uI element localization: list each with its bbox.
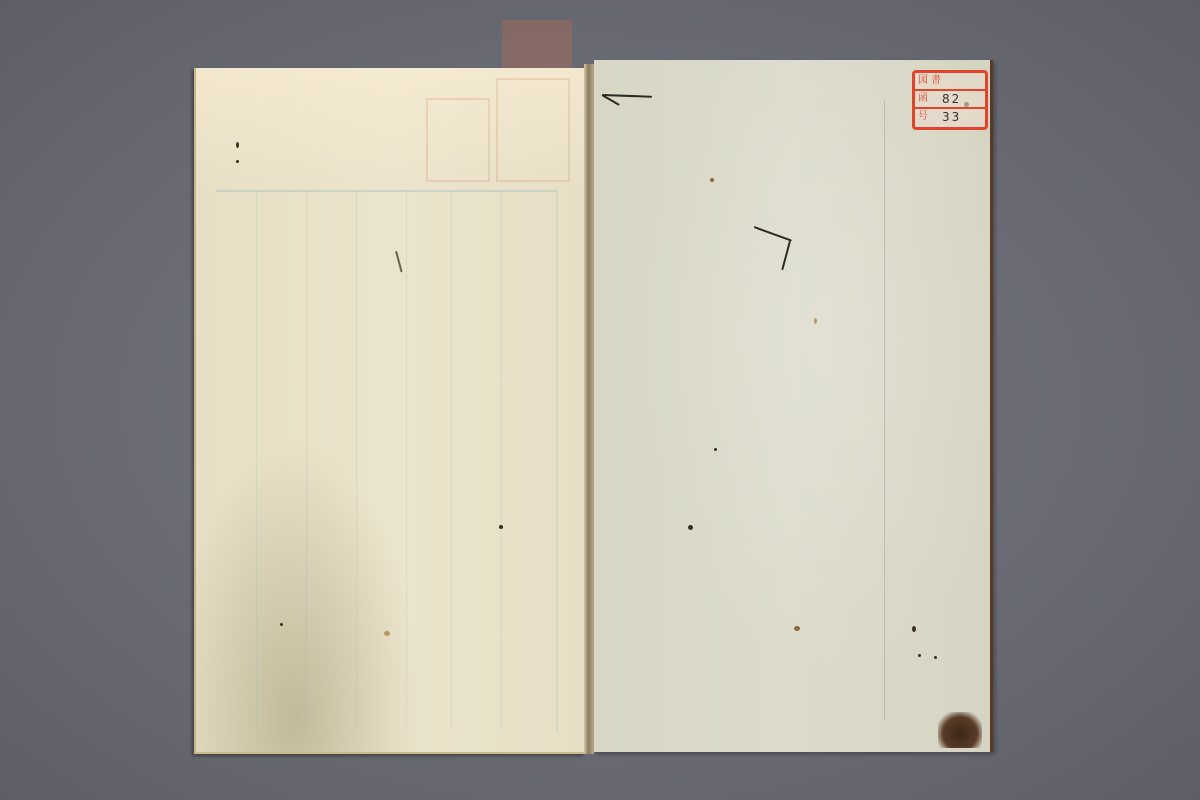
stamp-label: 号 (918, 112, 932, 122)
ink-spot (714, 448, 717, 451)
show-through-column (406, 190, 407, 730)
ink-spot (280, 623, 283, 626)
ink-spot (934, 656, 937, 659)
show-through-column (501, 190, 502, 730)
page-fold-line (884, 100, 885, 720)
damaged-page-corner (938, 712, 982, 748)
show-through-column (451, 190, 452, 730)
stamp-row: 函 82 (915, 91, 985, 109)
book-gutter (584, 64, 594, 754)
stamp-title-row: 図書 (915, 73, 985, 91)
show-through-column (306, 190, 307, 730)
ink-spot (499, 525, 503, 529)
stamp-value: 82 (942, 93, 961, 105)
stamp-row: 号 33 (915, 109, 985, 125)
ink-spot (688, 525, 693, 530)
stamp-value: 33 (942, 111, 961, 123)
stamp-title: 図書 (918, 76, 944, 86)
stain-spot (384, 631, 390, 636)
ink-spot (912, 626, 916, 632)
worm-hole-crack (781, 241, 791, 270)
show-through-seal (426, 98, 490, 182)
stain-spot (814, 318, 817, 324)
ink-spot (236, 142, 239, 148)
stamp-label: 函 (918, 94, 932, 104)
show-through-seal (496, 78, 570, 182)
left-page (194, 68, 586, 754)
library-stamp: 図書 函 82 号 33 (912, 70, 988, 130)
show-through-column (256, 190, 257, 730)
stain-spot (794, 626, 800, 631)
open-book: 図書 函 82 号 33 (190, 60, 1000, 760)
worm-hole-crack (754, 226, 792, 242)
show-through-column (356, 190, 357, 730)
stain-spot (710, 178, 714, 182)
ink-spot (236, 160, 239, 163)
right-page (594, 60, 993, 752)
ink-spot (918, 654, 921, 657)
show-through-text-frame (216, 190, 558, 732)
